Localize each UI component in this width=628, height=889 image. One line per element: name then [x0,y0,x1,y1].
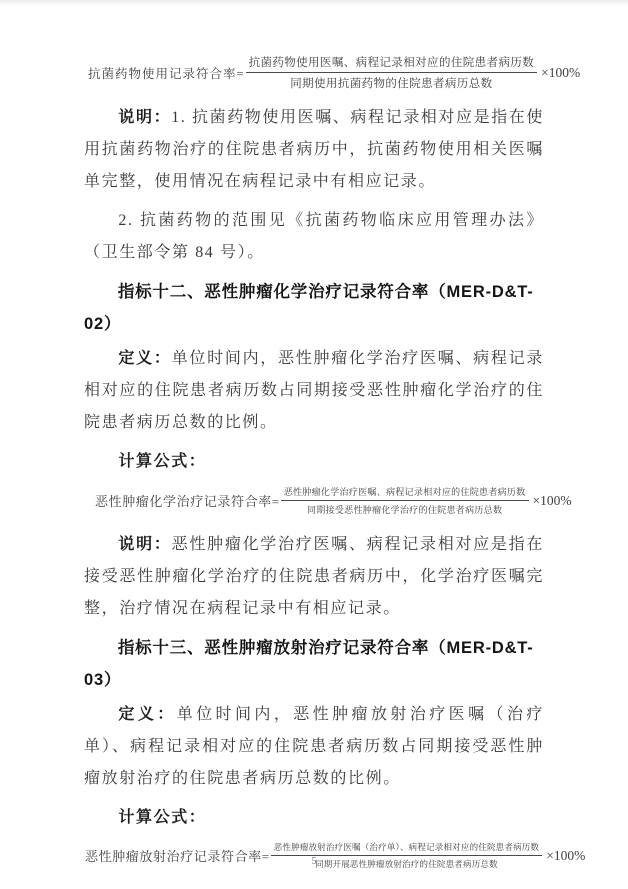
paragraph-bold-label: 说明： [118,536,171,553]
formula-numerator: 恶性肿瘤放射治疗医嘱（治疗单）、病程记录相对应的住院患者病历数 [271,841,542,856]
formula-multiplier: ×100% [533,493,572,509]
formula-fraction: 恶性肿瘤化学治疗医嘱、病程记录相对应的住院患者病历数 同期接受恶性肿瘤化学治疗的… [281,485,529,516]
formula-label: 抗菌药物使用记录符合率= [88,64,245,82]
formula-numerator: 恶性肿瘤化学治疗医嘱、病程记录相对应的住院患者病历数 [281,485,529,501]
formula-multiplier: ×100% [541,65,580,81]
formula-denominator: 同期使用抗菌药物的住院患者病历总数 [246,73,538,91]
formula-caption-13: 计算公式： [84,802,544,834]
paragraph-bold-label: 定义： [118,706,176,723]
formula-fraction: 抗菌药物使用医嘱、病程记录相对应的住院患者病历数 同期使用抗菌药物的住院患者病历… [246,54,538,91]
paragraph-antimicrobial-scope: 2. 抗菌药物的范围见《抗菌药物临床应用管理办法》（卫生部令第 84 号）。 [84,205,544,269]
formula-denominator: 同期接受恶性肿瘤化学治疗的住院患者病历总数 [281,501,529,516]
paragraph-bold-label: 定义： [118,350,171,367]
paragraph-shuoming-chemotherapy: 说明：恶性肿瘤化学治疗医嘱、病程记录相对应是指在接受恶性肿瘤化学治疗的住院患者病… [84,529,544,625]
paragraph-shuoming-antimicrobial: 说明：1. 抗菌药物使用医嘱、病程记录相对应是指在使用抗菌药物治疗的住院患者病历… [84,102,544,198]
formula-label: 恶性肿瘤化学治疗记录符合率= [95,491,280,510]
heading-indicator-13: 指标十三、恶性肿瘤放射治疗记录符合率（MER-D&T-03） [84,632,544,696]
document-page: 抗菌药物使用记录符合率= 抗菌药物使用医嘱、病程记录相对应的住院患者病历数 同期… [0,0,628,889]
paragraph-dingyi-chemotherapy: 定义：单位时间内，恶性肿瘤化学治疗医嘱、病程记录相对应的住院患者病历数占同期接受… [84,343,544,439]
page-number: 5 [0,856,628,867]
formula-antimicrobial-record-rate: 抗菌药物使用记录符合率= 抗菌药物使用医嘱、病程记录相对应的住院患者病历数 同期… [88,54,544,91]
formula-chemotherapy-record-rate: 恶性肿瘤化学治疗记录符合率= 恶性肿瘤化学治疗医嘱、病程记录相对应的住院患者病历… [95,485,544,516]
paragraph-bold-label: 计算公式： [118,809,206,826]
heading-indicator-12: 指标十二、恶性肿瘤化学治疗记录符合率（MER-D&T-02） [84,276,544,340]
paragraph-bold-label: 计算公式： [118,453,206,470]
paragraph-text: 2. 抗菌药物的范围见《抗菌药物临床应用管理办法》（卫生部令第 84 号）。 [84,212,544,261]
paragraph-bold-label: 说明： [118,109,171,126]
page-content: 抗菌药物使用记录符合率= 抗菌药物使用医嘱、病程记录相对应的住院患者病历数 同期… [0,0,628,870]
paragraph-dingyi-radiotherapy: 定义：单位时间内，恶性肿瘤放射治疗医嘱（治疗单）、病程记录相对应的住院患者病历数… [84,699,544,795]
formula-caption-12: 计算公式： [84,446,544,478]
formula-numerator: 抗菌药物使用医嘱、病程记录相对应的住院患者病历数 [246,54,538,73]
